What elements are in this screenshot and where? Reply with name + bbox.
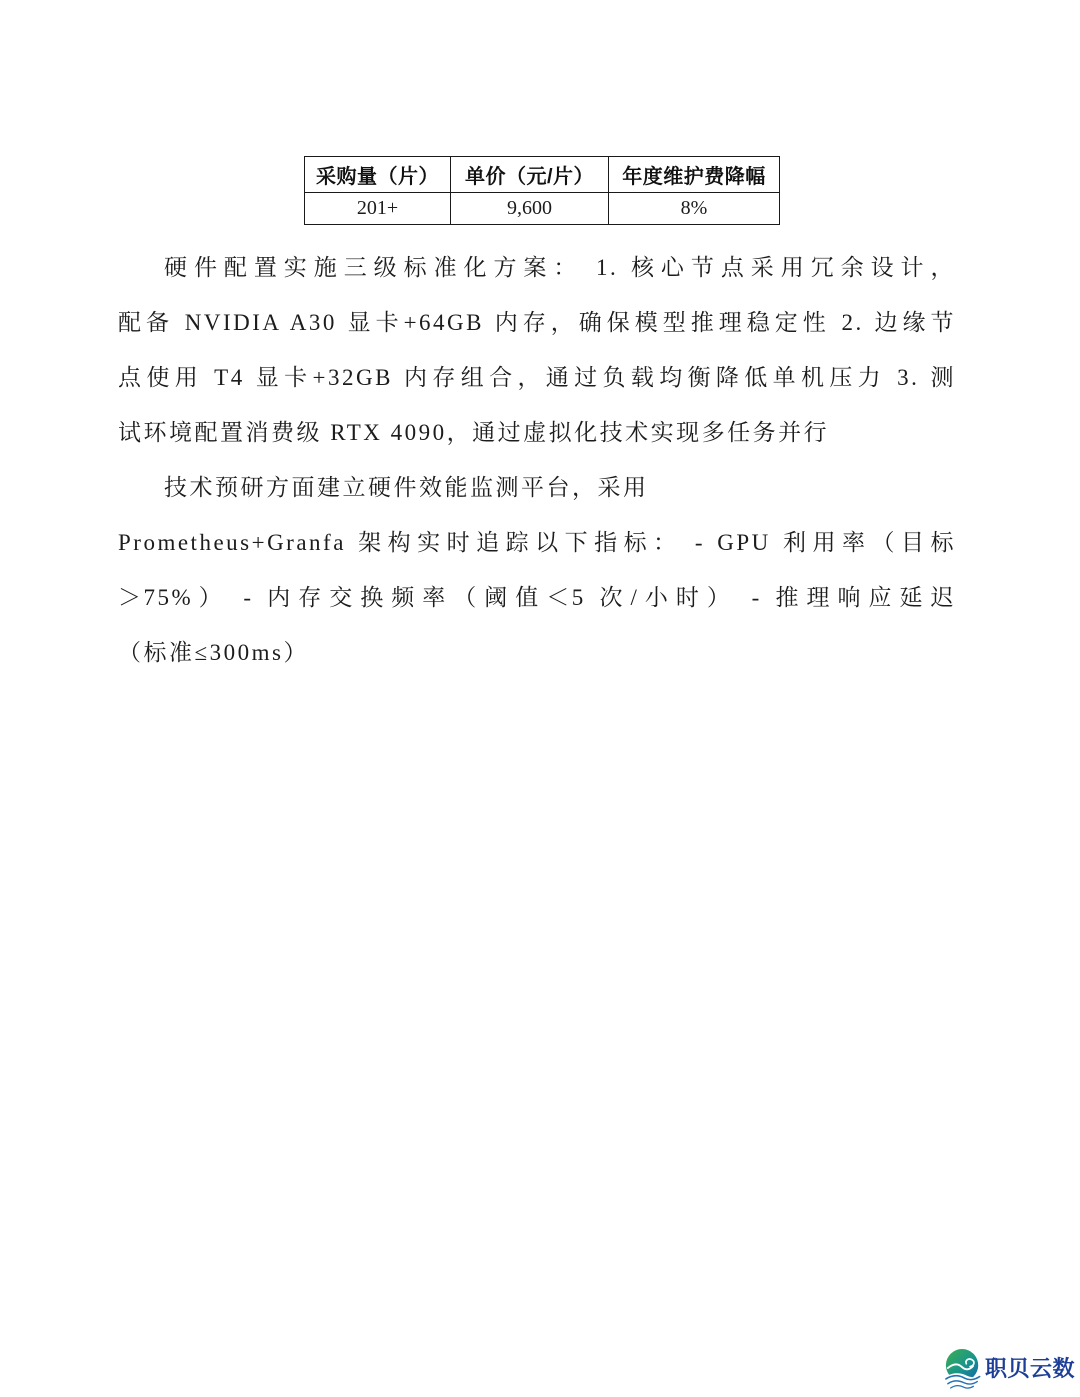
globe-wave-icon [944, 1348, 982, 1390]
paragraph1-line4: 试环境配置消费级 RTX 4090，通过虚拟化技术实现多任务并行 [118, 405, 956, 460]
table-row: 201+ 9,600 8% [305, 193, 780, 225]
paragraph2-line2: Prometheus+Granfa 架构实时追踪以下指标： - GPU 利用率（… [118, 515, 956, 570]
cell-unit-price: 9,600 [451, 193, 609, 225]
paragraph2-line3: ＞75%） - 内存交换频率（阈值＜5 次/小时） - 推理响应延迟 [118, 570, 956, 625]
header-maint-discount: 年度维护费降幅 [609, 157, 780, 193]
paragraph2-line1: 技术预研方面建立硬件效能监测平台，采用 [118, 460, 956, 515]
document-body: 硬件配置实施三级标准化方案： 1. 核心节点采用冗余设计， 配备 NVIDIA … [118, 240, 956, 680]
paragraph1-line1: 硬件配置实施三级标准化方案： 1. 核心节点采用冗余设计， [118, 240, 956, 295]
brand-logo: 职贝云数 [944, 1348, 1075, 1390]
cell-maint-discount: 8% [609, 193, 780, 225]
paragraph1-line2: 配备 NVIDIA A30 显卡+64GB 内存，确保模型推理稳定性 2. 边缘… [118, 295, 956, 350]
brand-logo-text: 职贝云数 [985, 1349, 1075, 1389]
paragraph1-line3: 点使用 T4 显卡+32GB 内存组合，通过负载均衡降低单机压力 3. 测 [118, 350, 956, 405]
document-page: 采购量（片） 单价（元/片） 年度维护费降幅 201+ 9,600 8% 硬件配… [0, 0, 1080, 1397]
cell-purchase-qty: 201+ [305, 193, 451, 225]
paragraph2-line4: （标准≤300ms） [118, 625, 956, 680]
pricing-table: 采购量（片） 单价（元/片） 年度维护费降幅 201+ 9,600 8% [304, 156, 780, 225]
header-purchase-qty: 采购量（片） [305, 157, 451, 193]
header-unit-price: 单价（元/片） [451, 157, 609, 193]
table-header-row: 采购量（片） 单价（元/片） 年度维护费降幅 [305, 157, 780, 193]
